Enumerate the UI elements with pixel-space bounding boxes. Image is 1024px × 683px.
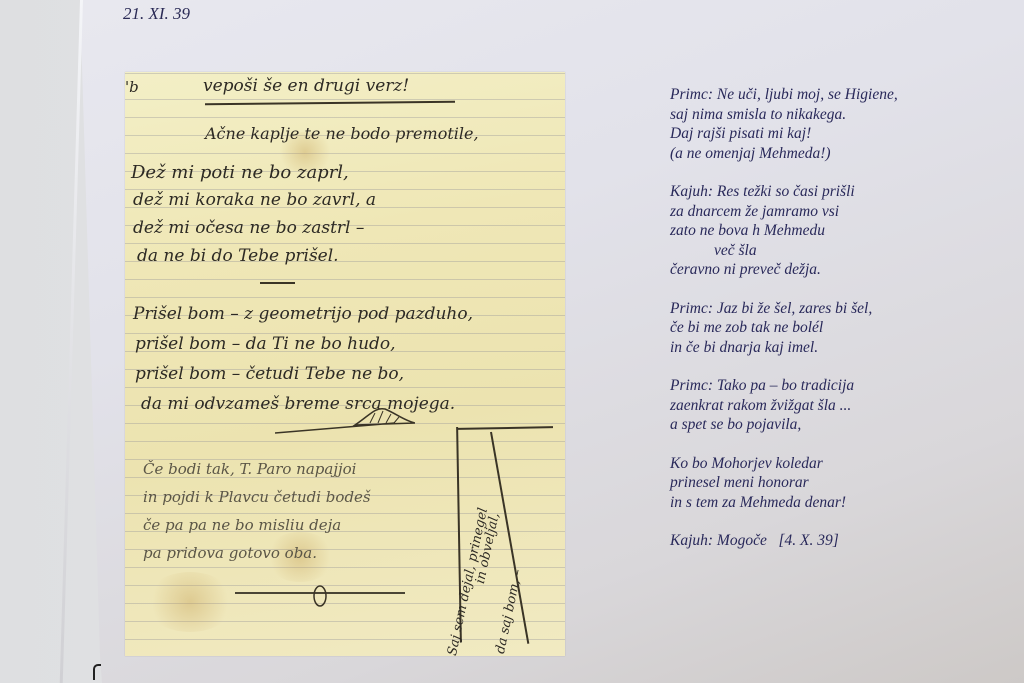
poem-signature: Kajuh: Mogoče [4. X. 39] [670,531,1000,551]
pencil-line: Če bodi tak, T. Paro napajjoi [143,460,356,478]
poem-line: Primc: Ne uči, ljubi moj, se Higiene, [670,85,1000,105]
typed-poem: Primc: Ne uči, ljubi moj, se Higiene, sa… [670,85,1000,551]
poem-stanza: Primc: Tako pa – bo tradicija zaenkrat r… [670,376,1000,435]
letter-line: prišel bom – da Ti ne bo hudo, [135,334,396,354]
poem-line: Primc: Jaz bi že šel, zares bi šel, [670,299,1000,319]
poem-line: prinesel meni honorar [670,473,1000,493]
poem-line: zaenkrat rakom žvižgat šla ... [670,396,1000,416]
poem-line: saj nima smisla to nikakega. [670,105,1000,125]
pencil-loop-mark [311,580,329,610]
poem-line: Kajuh: Res težki so časi prišli [670,182,1000,202]
poem-line: in s tem za Mehmeda denar! [670,493,1000,513]
pencil-line: pa pridova gotovo oba. [143,544,317,562]
letter-line: dež mi očesa ne bo zastrl – [133,218,364,238]
separator-stroke [260,282,295,284]
paper-stain [145,572,235,632]
letter-line: da ne bi do Tebe prišel. [137,246,339,266]
poem-stanza: Ko bo Mohorjev koledar prinesel meni hon… [670,454,1000,513]
poem-line: več šla [670,241,1000,261]
pencil-line: če pa pa ne bo misliu deja [143,516,341,534]
letter-line: Ačne kaplje te ne bodo premotile, [205,124,479,143]
poem-line: če bi me zob tak ne bolél [670,318,1000,338]
poem-line: čeravno ni preveč dežja. [670,260,1000,280]
poem-line: in če bi dnarja kaj imel. [670,338,1000,358]
poem-line: Primc: Tako pa – bo tradicija [670,376,1000,396]
flourish-drawing [275,405,415,435]
letter-line: prišel bom – četudi Tebe ne bo, [135,364,404,384]
pencil-line: in pojdi k Plavcu četudi bodeš [143,488,371,506]
poster-clip [93,664,101,680]
letter-corner-mark: 'b [125,78,139,96]
letter-line: dež mi koraka ne bo zavrl, a [133,190,376,210]
poem-line: Daj rajši pisati mi kaj! [670,124,1000,144]
poem-line: Ko bo Mohorjev koledar [670,454,1000,474]
poster-date: 21. XI. 39 [123,4,190,24]
poem-line: (a ne omenjaj Mehmeda!) [670,144,1000,164]
poem-line: a spet se bo pojavila, [670,415,1000,435]
letter-line: Prišel bom – z geometrijo pod pazduho, [133,304,473,324]
poem-line: za dnarcem že jamramo vsi [670,202,1000,222]
poem-line: zato ne bova h Mehmedu [670,221,1000,241]
poem-stanza: Kajuh: Res težki so časi prišli za dnarc… [670,182,1000,280]
poem-stanza: Primc: Jaz bi že šel, zares bi šel, če b… [670,299,1000,358]
handwritten-letter: 'b vepoši še en drugi verz! Ačne kaplje … [125,72,565,656]
letter-heading: vepoši še en drugi verz! [203,76,409,96]
poem-stanza: Primc: Ne uči, ljubi moj, se Higiene, sa… [670,85,1000,163]
letter-line: Dež mi poti ne bo zaprl, [131,162,349,183]
